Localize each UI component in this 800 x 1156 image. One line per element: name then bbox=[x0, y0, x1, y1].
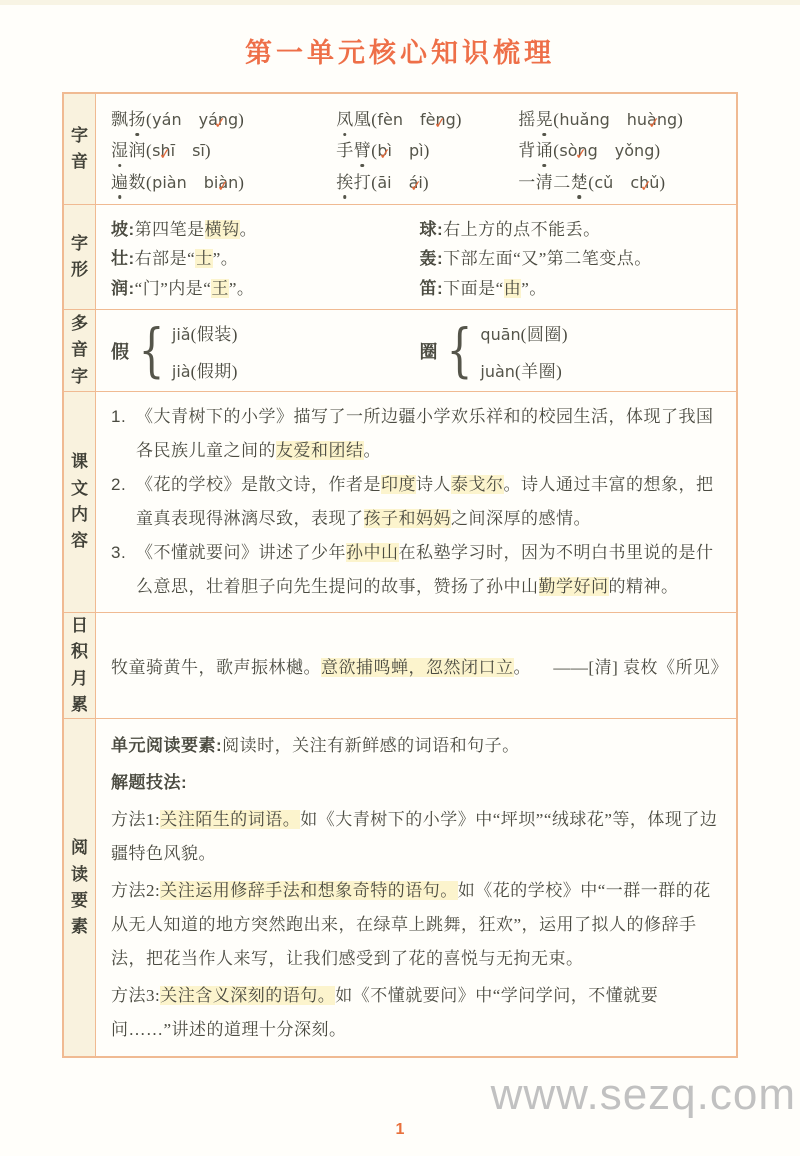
row-label-text: 多音字 bbox=[70, 311, 90, 390]
row-character-form-content: 坡:第四笔是横钩。球:右上方的点不能丢。壮:右部是“士”。轰:下部左面“又”第二… bbox=[96, 205, 736, 309]
check-icon: ✓ bbox=[573, 145, 587, 164]
row-text-content: 课文内容1.《大青树下的小学》描写了一所边疆小学欢乐祥和的校园生活，体现了我国各… bbox=[64, 392, 736, 613]
pinyin-item: 挨打(āiái✓) bbox=[336, 168, 518, 193]
row-label-text: 阅读要素 bbox=[70, 835, 90, 940]
row-character-form-label: 字形 bbox=[64, 205, 96, 309]
polyphone-group: 圈{quān(圆圈)juàn(羊圈) bbox=[420, 320, 729, 382]
pinyin-option: huàng✓ bbox=[627, 110, 677, 129]
row-polyphonic-characters-label: 多音字 bbox=[64, 310, 96, 391]
dotted-character: 挨 bbox=[336, 168, 354, 193]
word: 背诵 bbox=[518, 141, 553, 160]
character: 一 bbox=[518, 168, 536, 193]
row-text-content-content: 1.《大青树下的小学》描写了一所边疆小学欢乐祥和的校园生活，体现了我国各民族儿童… bbox=[96, 392, 736, 612]
workbook-page: 第一单元核心知识梳理 字音飘扬(yányáng✓)凤凰(fènfèng✓)摇晃(… bbox=[0, 0, 800, 1156]
pinyin-option: bì✓ bbox=[377, 141, 392, 160]
row-reading-elements: 阅读要素单元阅读要素:阅读时，关注有新鲜感的词语和句子。解题技法:方法1:关注陌… bbox=[64, 719, 736, 1056]
row-label-text: 字音 bbox=[70, 123, 90, 176]
item-text: 《不懂就要问》讲述了少年孙中山在私塾学习时，因为不明白书里说的是什么意思，壮着胆… bbox=[136, 536, 728, 604]
row-pronunciation-label: 字音 bbox=[64, 94, 96, 204]
item-number: 2. bbox=[111, 468, 136, 536]
pinyin-text: juàn bbox=[480, 362, 515, 381]
character: 飘 bbox=[111, 105, 129, 130]
item-number: 1. bbox=[111, 400, 136, 468]
word: 摇晃 bbox=[518, 110, 553, 129]
text-segment: 方法1: bbox=[111, 810, 160, 829]
text-segment: “门”内是“ bbox=[135, 279, 212, 298]
highlighted-text: 横钩 bbox=[205, 220, 240, 239]
word: 湿润 bbox=[111, 141, 146, 160]
row-daily-accumulation: 日积月累牧童骑黄牛，歌声振林樾。意欲捕鸣蝉，忽然闭口立。——[清] 袁枚《所见》 bbox=[64, 613, 736, 719]
text-segment: 《不懂就要问》讲述了少年 bbox=[136, 543, 346, 562]
pinyin-item: 一清二楚(cǔchǔ✓) bbox=[518, 168, 728, 193]
example-word: (假期) bbox=[191, 362, 238, 381]
polyphone-option: quān(圆圈) bbox=[480, 320, 568, 345]
pinyin-option: yán bbox=[152, 110, 181, 129]
pinyin-option: shī✓ bbox=[152, 141, 175, 160]
dotted-character: 凤 bbox=[336, 105, 354, 130]
pinyin-option: biàn✓ bbox=[204, 173, 239, 192]
dotted-character: 臂 bbox=[354, 136, 372, 161]
bold-label: 解题技法: bbox=[111, 773, 187, 792]
text-segment: ”。 bbox=[521, 279, 547, 298]
pinyin-option: cǔ bbox=[594, 173, 613, 192]
text-segment: 。 bbox=[240, 220, 258, 239]
text-segment: ”。 bbox=[213, 249, 239, 268]
paragraph: 方法1:关注陌生的词语。如《大青树下的小学》中“坪坝”“绒球花”等，体现了边疆特… bbox=[111, 803, 728, 871]
word: 飘扬 bbox=[111, 110, 146, 129]
bold-label: 润: bbox=[111, 279, 135, 298]
check-icon: ✓ bbox=[409, 176, 423, 195]
brace-glyph: { bbox=[138, 324, 164, 376]
text-segment: 《大青树下的小学》描写了一所边疆小学欢乐祥和的校园生活，体现了我国各民族儿童之间… bbox=[136, 407, 714, 460]
dotted-character: 扬 bbox=[129, 105, 147, 130]
row-daily-accumulation-content: 牧童骑黄牛，歌声振林樾。意欲捕鸣蝉，忽然闭口立。——[清] 袁枚《所见》 bbox=[96, 613, 736, 718]
row-pronunciation-content: 飘扬(yányáng✓)凤凰(fènfèng✓)摇晃(huǎnghuàng✓)湿… bbox=[96, 94, 736, 204]
text-segment: 牧童骑黄牛，歌声振林樾。 bbox=[111, 658, 321, 677]
highlighted-text: 王 bbox=[211, 279, 229, 298]
bold-label: 坡: bbox=[111, 220, 135, 239]
paren-close: ) bbox=[424, 141, 430, 160]
check-icon: ✓ bbox=[158, 145, 172, 164]
pinyin-option: fèng✓ bbox=[420, 110, 456, 129]
row-label-text: 字形 bbox=[70, 231, 90, 284]
polyphone-character: 圈 bbox=[420, 338, 439, 364]
dotted-character: 遍 bbox=[111, 168, 129, 193]
polyphone-options: quān(圆圈)juàn(羊圈) bbox=[480, 320, 568, 382]
numbered-item: 1.《大青树下的小学》描写了一所边疆小学欢乐祥和的校园生活，体现了我国各民族儿童… bbox=[111, 400, 728, 468]
bold-label: 笛: bbox=[420, 279, 444, 298]
paren-close: ) bbox=[654, 141, 660, 160]
item-number: 3. bbox=[111, 536, 136, 604]
knowledge-table: 字音飘扬(yányáng✓)凤凰(fènfèng✓)摇晃(huǎnghuàng✓… bbox=[62, 92, 738, 1058]
item-text: 《花的学校》是散文诗，作者是印度诗人泰戈尔。诗人通过丰富的想象，把童真表现得淋漓… bbox=[136, 468, 728, 536]
text-segment: 诗人 bbox=[416, 475, 451, 494]
row-polyphonic-characters-content: 假{jiǎ(假装)jià(假期)圈{quān(圆圈)juàn(羊圈) bbox=[96, 310, 736, 391]
text-segment: 。 bbox=[364, 441, 382, 460]
text-segment: 阅读时，关注有新鲜感的词语和句子。 bbox=[222, 736, 520, 755]
polyphone-option: jià(假期) bbox=[172, 357, 238, 382]
pinyin-item: 湿润(shī✓sī) bbox=[111, 136, 336, 161]
paragraph: 方法2:关注运用修辞手法和想象奇特的语句。如《花的学校》中“一群一群的花从无人知… bbox=[111, 874, 728, 976]
row-reading-elements-label: 阅读要素 bbox=[64, 719, 96, 1056]
text-segment: 之间深厚的感情。 bbox=[451, 509, 591, 528]
pinyin-item: 飘扬(yányáng✓) bbox=[111, 105, 336, 130]
word: 凤凰 bbox=[336, 110, 371, 129]
polyphone-option: jiǎ(假装) bbox=[172, 320, 238, 345]
row-daily-accumulation-label: 日积月累 bbox=[64, 613, 96, 718]
word: 遍数 bbox=[111, 173, 146, 192]
pinyin-option: ái✓ bbox=[409, 173, 423, 192]
character: 二 bbox=[553, 168, 571, 193]
character: 清 bbox=[536, 168, 554, 193]
text-segment: 方法3: bbox=[111, 986, 160, 1005]
paren-close: ) bbox=[677, 110, 683, 129]
page-title: 第一单元核心知识梳理 bbox=[0, 0, 800, 70]
bold-label: 球: bbox=[420, 220, 444, 239]
highlighted-text: 意欲捕鸣蝉，忽然闭口立 bbox=[321, 658, 514, 677]
word: 一清二楚 bbox=[518, 173, 588, 192]
numbered-item: 2.《花的学校》是散文诗，作者是印度诗人泰戈尔。诗人通过丰富的想象，把童真表现得… bbox=[111, 468, 728, 536]
pinyin-text: quān bbox=[480, 325, 520, 344]
dotted-character: 诵 bbox=[536, 136, 554, 161]
pinyin-text: jiǎ bbox=[172, 325, 191, 344]
poem-attribution: ——[清] 袁枚《所见》 bbox=[553, 653, 728, 678]
row-pronunciation: 字音飘扬(yányáng✓)凤凰(fènfèng✓)摇晃(huǎnghuàng✓… bbox=[64, 94, 736, 205]
pinyin-option: yǒng bbox=[615, 141, 655, 160]
highlighted-text: 士 bbox=[195, 249, 213, 268]
highlighted-text: 关注含义深刻的语句。 bbox=[160, 986, 335, 1005]
text-segment: 下部左面“又”第二笔变点。 bbox=[443, 249, 652, 268]
character: 凰 bbox=[354, 105, 372, 130]
paren-close: ) bbox=[423, 173, 429, 192]
pinyin-option: sòng✓ bbox=[559, 141, 597, 160]
page-number: 1 bbox=[0, 1121, 800, 1139]
text-segment: 方法2: bbox=[111, 881, 160, 900]
character-note: 壮:右部是“士”。 bbox=[111, 244, 420, 269]
check-icon: ✓ bbox=[647, 114, 661, 133]
word: 手臂 bbox=[336, 141, 371, 160]
character: 打 bbox=[354, 168, 372, 193]
pinyin-text: jià bbox=[172, 362, 191, 381]
character-note: 笛:下面是“由”。 bbox=[420, 274, 729, 299]
highlighted-text: 泰戈尔 bbox=[451, 475, 504, 494]
character: 润 bbox=[129, 136, 147, 161]
bold-label: 壮: bbox=[111, 249, 135, 268]
pinyin-option: yáng✓ bbox=[199, 110, 239, 129]
pinyin-option: piàn bbox=[152, 173, 187, 192]
highlighted-text: 孩子和妈妈 bbox=[364, 509, 452, 528]
row-polyphonic-characters: 多音字假{jiǎ(假装)jià(假期)圈{quān(圆圈)juàn(羊圈) bbox=[64, 310, 736, 392]
bold-label: 单元阅读要素: bbox=[111, 736, 222, 755]
character: 摇 bbox=[518, 105, 536, 130]
example-word: (圆圈) bbox=[521, 325, 568, 344]
highlighted-text: 关注陌生的词语。 bbox=[160, 810, 300, 829]
character: 数 bbox=[129, 168, 147, 193]
pinyin-item: 凤凰(fènfèng✓) bbox=[336, 105, 518, 130]
text-segment: 的精神。 bbox=[609, 577, 679, 596]
highlighted-text: 友爱和团结 bbox=[276, 441, 364, 460]
character-note: 球:右上方的点不能丢。 bbox=[420, 215, 729, 240]
word: 挨打 bbox=[336, 173, 371, 192]
poem-line: 牧童骑黄牛，歌声振林樾。意欲捕鸣蝉，忽然闭口立。 bbox=[111, 653, 531, 678]
highlighted-text: 印度 bbox=[381, 475, 416, 494]
pinyin-option: sī bbox=[192, 141, 205, 160]
character-note: 润:“门”内是“王”。 bbox=[111, 274, 420, 299]
paragraph: 解题技法: bbox=[111, 766, 728, 800]
polyphone-character: 假 bbox=[111, 338, 130, 364]
highlighted-text: 由 bbox=[504, 279, 522, 298]
row-label-text: 日积月累 bbox=[70, 613, 90, 718]
paren-close: ) bbox=[659, 173, 665, 192]
row-label-text: 课文内容 bbox=[70, 449, 90, 554]
example-word: (假装) bbox=[191, 325, 238, 344]
check-icon: ✓ bbox=[216, 176, 230, 195]
numbered-item: 3.《不懂就要问》讲述了少年孙中山在私塾学习时，因为不明白书里说的是什么意思，壮… bbox=[111, 536, 728, 604]
text-segment: 右部是“ bbox=[135, 249, 196, 268]
character: 背 bbox=[518, 136, 536, 161]
dotted-character: 湿 bbox=[111, 136, 129, 161]
polyphone-group: 假{jiǎ(假装)jià(假期) bbox=[111, 320, 420, 382]
text-segment: 第四笔是 bbox=[135, 220, 205, 239]
paren-close: ) bbox=[238, 110, 244, 129]
pinyin-option: chǔ✓ bbox=[630, 173, 659, 192]
brace-glyph: { bbox=[447, 324, 473, 376]
paragraph: 单元阅读要素:阅读时，关注有新鲜感的词语和句子。 bbox=[111, 729, 728, 763]
check-icon: ✓ bbox=[378, 145, 392, 164]
pinyin-item: 摇晃(huǎnghuàng✓) bbox=[518, 105, 728, 130]
bold-label: 轰: bbox=[420, 249, 444, 268]
paren-close: ) bbox=[238, 173, 244, 192]
character: 手 bbox=[336, 136, 354, 161]
paragraph: 方法3:关注含义深刻的语句。如《不懂就要问》中“学问学问，不懂就要问……”讲述的… bbox=[111, 979, 728, 1047]
row-character-form: 字形坡:第四笔是横钩。球:右上方的点不能丢。壮:右部是“士”。轰:下部左面“又”… bbox=[64, 205, 736, 310]
text-segment: ”。 bbox=[229, 279, 255, 298]
row-reading-elements-content: 单元阅读要素:阅读时，关注有新鲜感的词语和句子。解题技法:方法1:关注陌生的词语… bbox=[96, 719, 736, 1056]
pinyin-option: fèn bbox=[377, 110, 403, 129]
highlighted-text: 勤学好问 bbox=[539, 577, 609, 596]
row-text-content-label: 课文内容 bbox=[64, 392, 96, 612]
example-word: (羊圈) bbox=[515, 362, 562, 381]
dotted-character: 晃 bbox=[536, 105, 554, 130]
pinyin-item: 手臂(bì✓pì) bbox=[336, 136, 518, 161]
polyphone-option: juàn(羊圈) bbox=[480, 357, 568, 382]
pinyin-option: pì bbox=[409, 141, 424, 160]
character-note: 坡:第四笔是横钩。 bbox=[111, 215, 420, 240]
check-icon: ✓ bbox=[432, 114, 446, 133]
page-edge-strip bbox=[0, 0, 800, 5]
pinyin-option: āi bbox=[377, 173, 391, 192]
check-icon: ✓ bbox=[213, 114, 227, 133]
character-note: 轰:下部左面“又”第二笔变点。 bbox=[420, 244, 729, 269]
pinyin-item: 背诵(sòng✓yǒng) bbox=[518, 136, 728, 161]
dotted-character: 楚 bbox=[571, 168, 589, 193]
text-segment: 下面是“ bbox=[443, 279, 504, 298]
text-segment: 《花的学校》是散文诗，作者是 bbox=[136, 475, 381, 494]
highlighted-text: 关注运用修辞手法和想象奇特的语句。 bbox=[160, 881, 458, 900]
polyphone-options: jiǎ(假装)jià(假期) bbox=[172, 320, 238, 382]
paren-close: ) bbox=[456, 110, 462, 129]
pinyin-option: huǎng bbox=[559, 110, 609, 129]
text-segment: 右上方的点不能丢。 bbox=[443, 220, 601, 239]
pinyin-item: 遍数(piànbiàn✓) bbox=[111, 168, 336, 193]
text-segment: 。 bbox=[514, 658, 532, 677]
watermark: www.sezq.com bbox=[491, 1070, 796, 1120]
item-text: 《大青树下的小学》描写了一所边疆小学欢乐祥和的校园生活，体现了我国各民族儿童之间… bbox=[136, 400, 728, 468]
highlighted-text: 孙中山 bbox=[346, 543, 399, 562]
check-icon: ✓ bbox=[639, 176, 653, 195]
paren-close: ) bbox=[205, 141, 211, 160]
